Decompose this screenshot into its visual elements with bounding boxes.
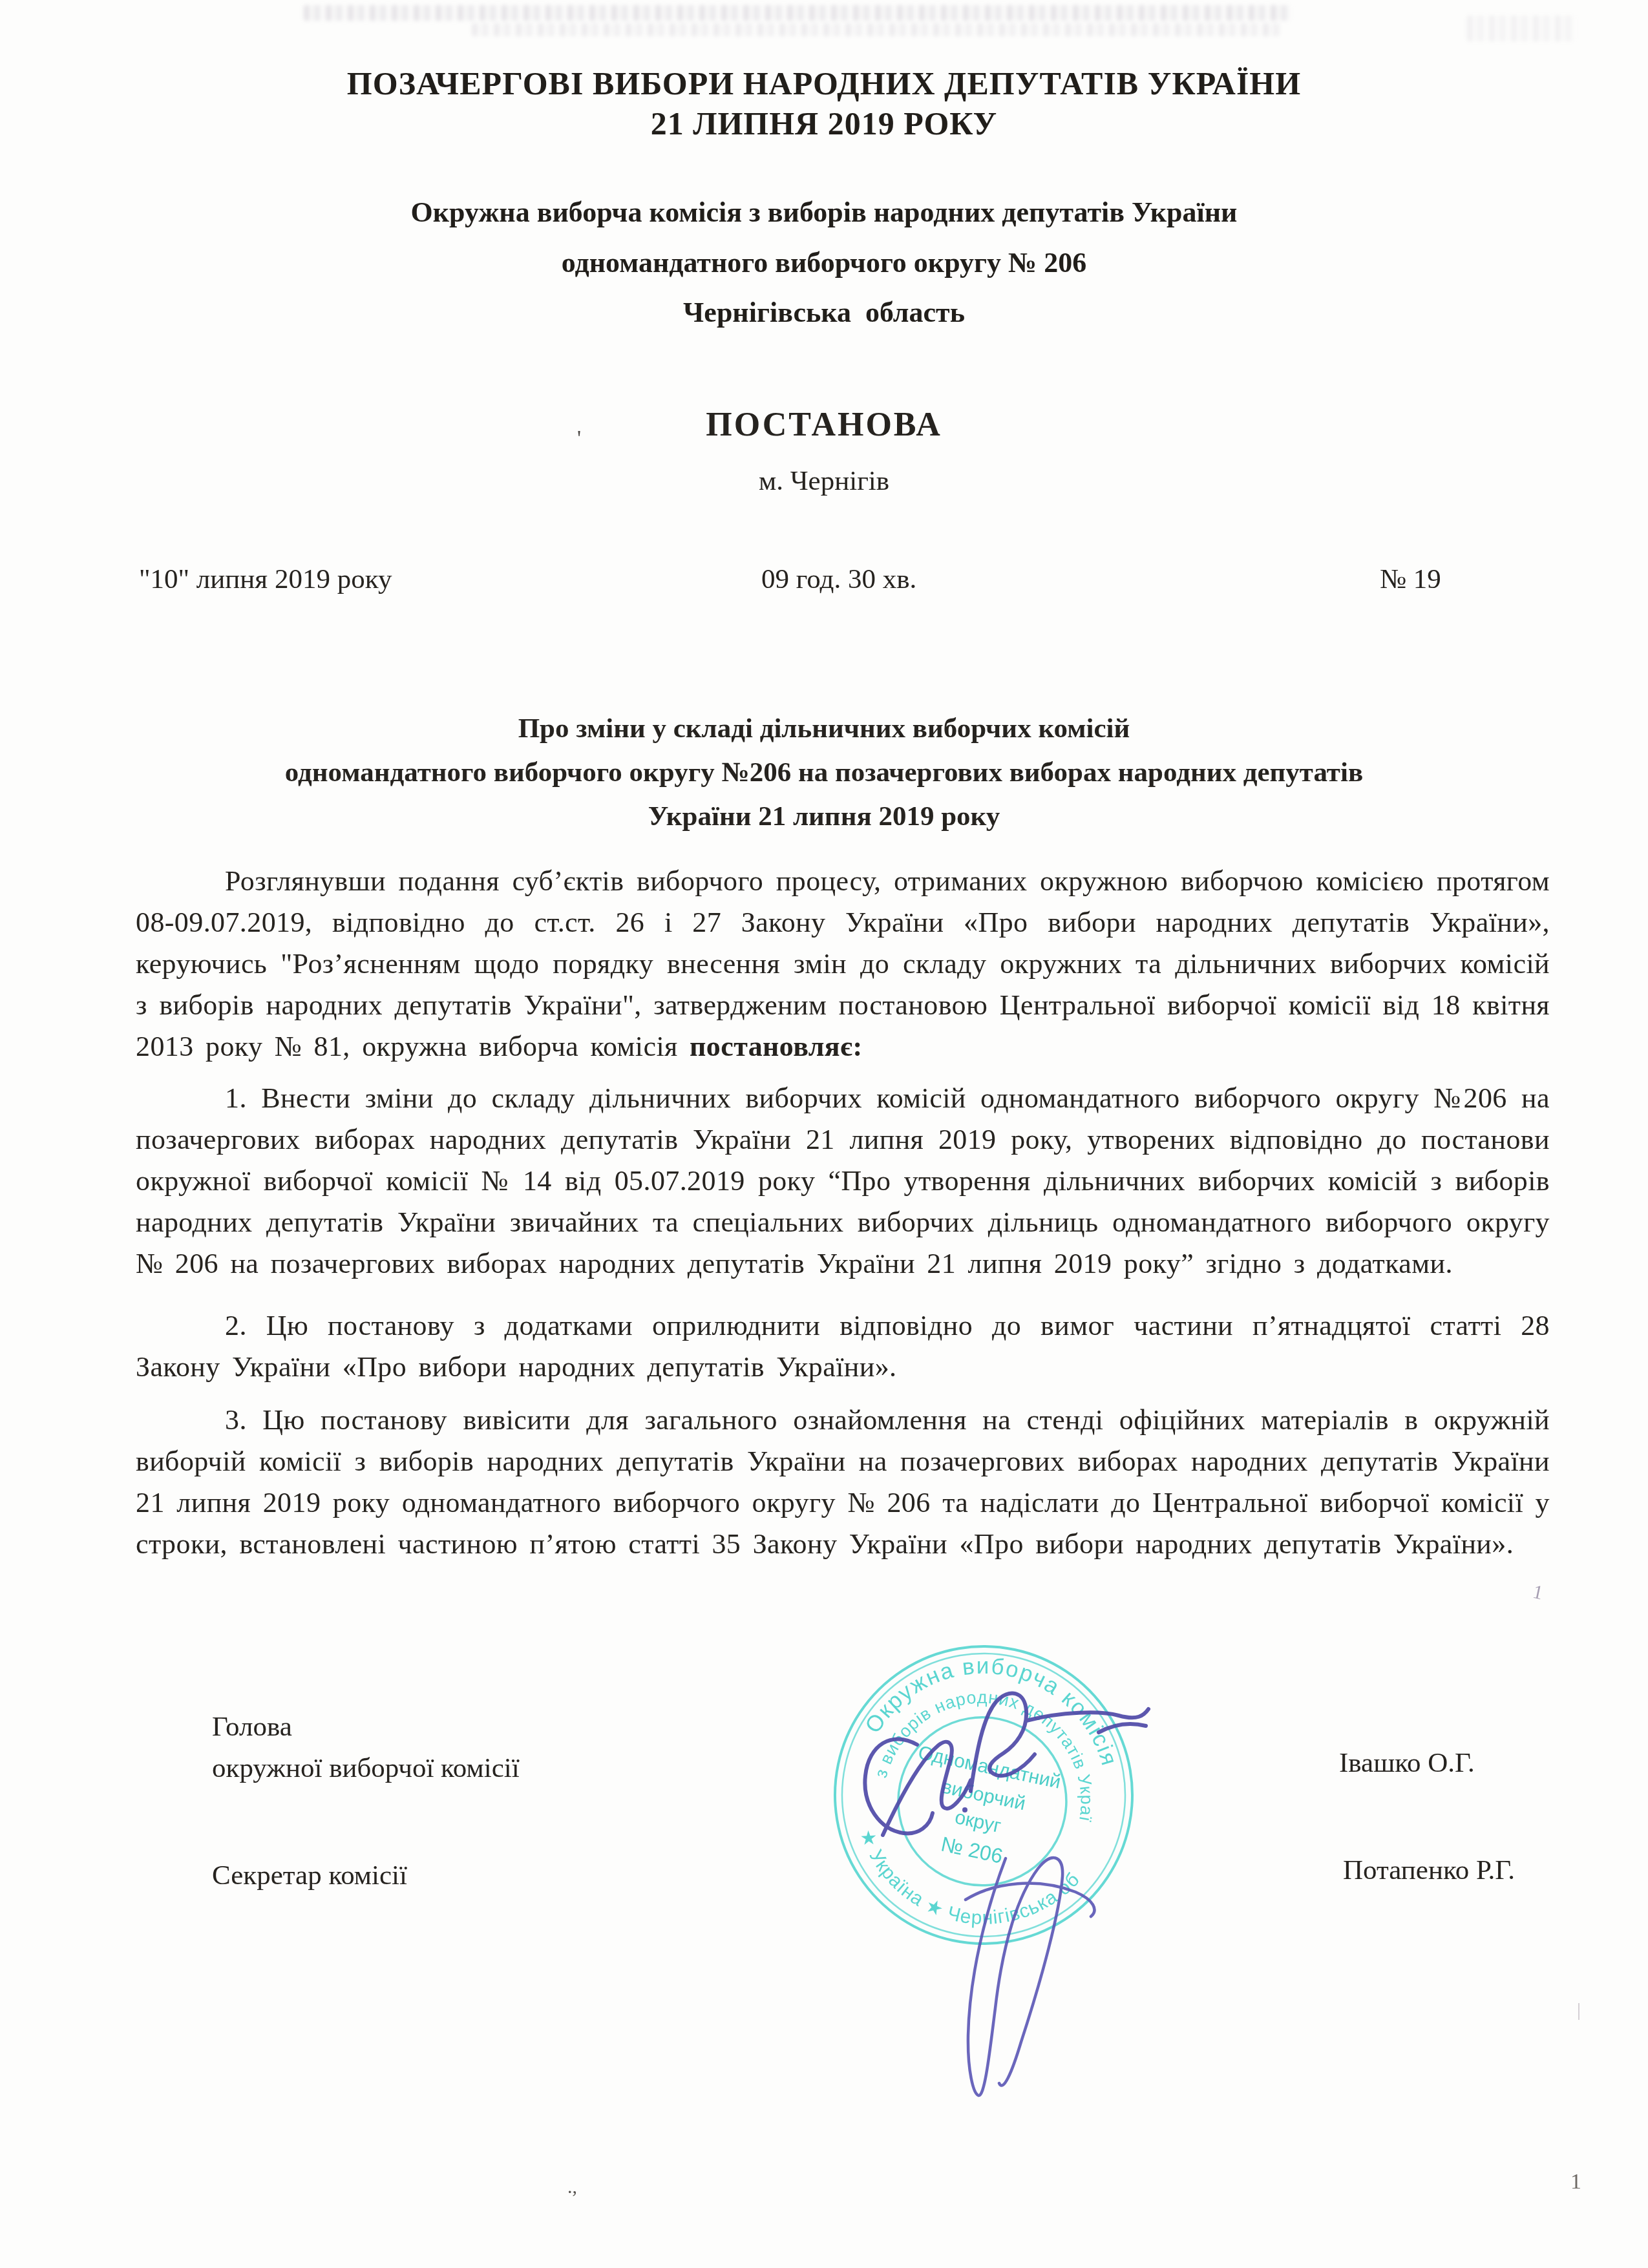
resolution-item-2: 2. Цю постанову з додатками оприлюднити … [136,1305,1550,1388]
resolution-item-1: 1. Внести зміни до складу дільничних виб… [136,1078,1550,1285]
document-date: "10" липня 2019 року [139,563,392,595]
resolution-title-line2: одномандатного виборчого округу №206 на … [0,757,1648,788]
stamp-outer-circle [807,1619,1160,1971]
stamp-center-line1: Одномандатний [916,1742,1063,1793]
svg-text:Окружна виборча комісія: Окружна виборча комісія [858,1628,1139,1788]
stamp-center-line4: № 206 [939,1832,1005,1867]
commission-name-line2: одномандатного виборчого округу № 206 [0,246,1648,279]
preamble-bold-word: постановляє: [690,1031,862,1062]
commission-region: Чернігівська область [0,296,1648,329]
speck-right-middle: | [1577,1999,1581,2021]
bleed-through-artifact [472,23,1280,36]
speck-apostrophe: ' [577,426,581,451]
resolution-title-line1: Про зміни у складі дільничних виборчих к… [0,713,1648,744]
election-header-line2: 21 ЛИПНЯ 2019 РОКУ [0,105,1648,142]
chairman-name: Івашко О.Г. [1339,1747,1475,1779]
resolution-body: Розглянувши подання суб’єктів виборчого … [136,861,1550,1565]
chairman-role-line1: Голова [212,1711,292,1743]
secretary-role: Секретар комісії [212,1860,407,1891]
speck-right-lower: 1 [1570,2170,1581,2194]
stamp-outer-ring2 [816,1627,1151,1962]
resolution-title-line3: України 21 липня 2019 року [0,801,1648,832]
resolution-item-3: 3. Цю постанову вивісити для загального … [136,1400,1550,1565]
document-type: ПОСТАНОВА [0,406,1648,444]
speck-right-upper: 1 [1531,1581,1545,1604]
chairman-role-line2: окружної виборчої комісії [212,1752,520,1784]
secretary-name: Потапенко Р.Г. [1343,1854,1515,1886]
stamp-arc-top-text: Окружна виборча комісія [858,1628,1139,1788]
speck-bottom-center: ., [567,2176,577,2198]
document-time: 09 год. 30 хв. [761,563,916,595]
bleed-through-artifact [1467,16,1577,41]
stamp-center-line2: виборчий [940,1776,1028,1815]
document-number: № 19 [1380,563,1441,595]
election-header-line1: ПОЗАЧЕРГОВІ ВИБОРИ НАРОДНИХ ДЕПУТАТІВ УК… [0,65,1648,102]
stamp-center-line3: округ [953,1807,1002,1837]
scanned-document-page: ПОЗАЧЕРГОВІ ВИБОРИ НАРОДНИХ ДЕПУТАТІВ УК… [0,0,1648,2268]
document-city: м. Чернігів [0,465,1648,497]
secretary-signature [966,1858,1094,2095]
preamble-paragraph: Розглянувши подання суб’єктів виборчого … [136,861,1550,1067]
chairman-signature [865,1693,1148,1835]
commission-name-line1: Окружна виборча комісія з виборів народн… [0,196,1648,229]
bleed-through-artifact [304,5,1293,21]
stamp-inner-circle [883,1702,1082,1901]
